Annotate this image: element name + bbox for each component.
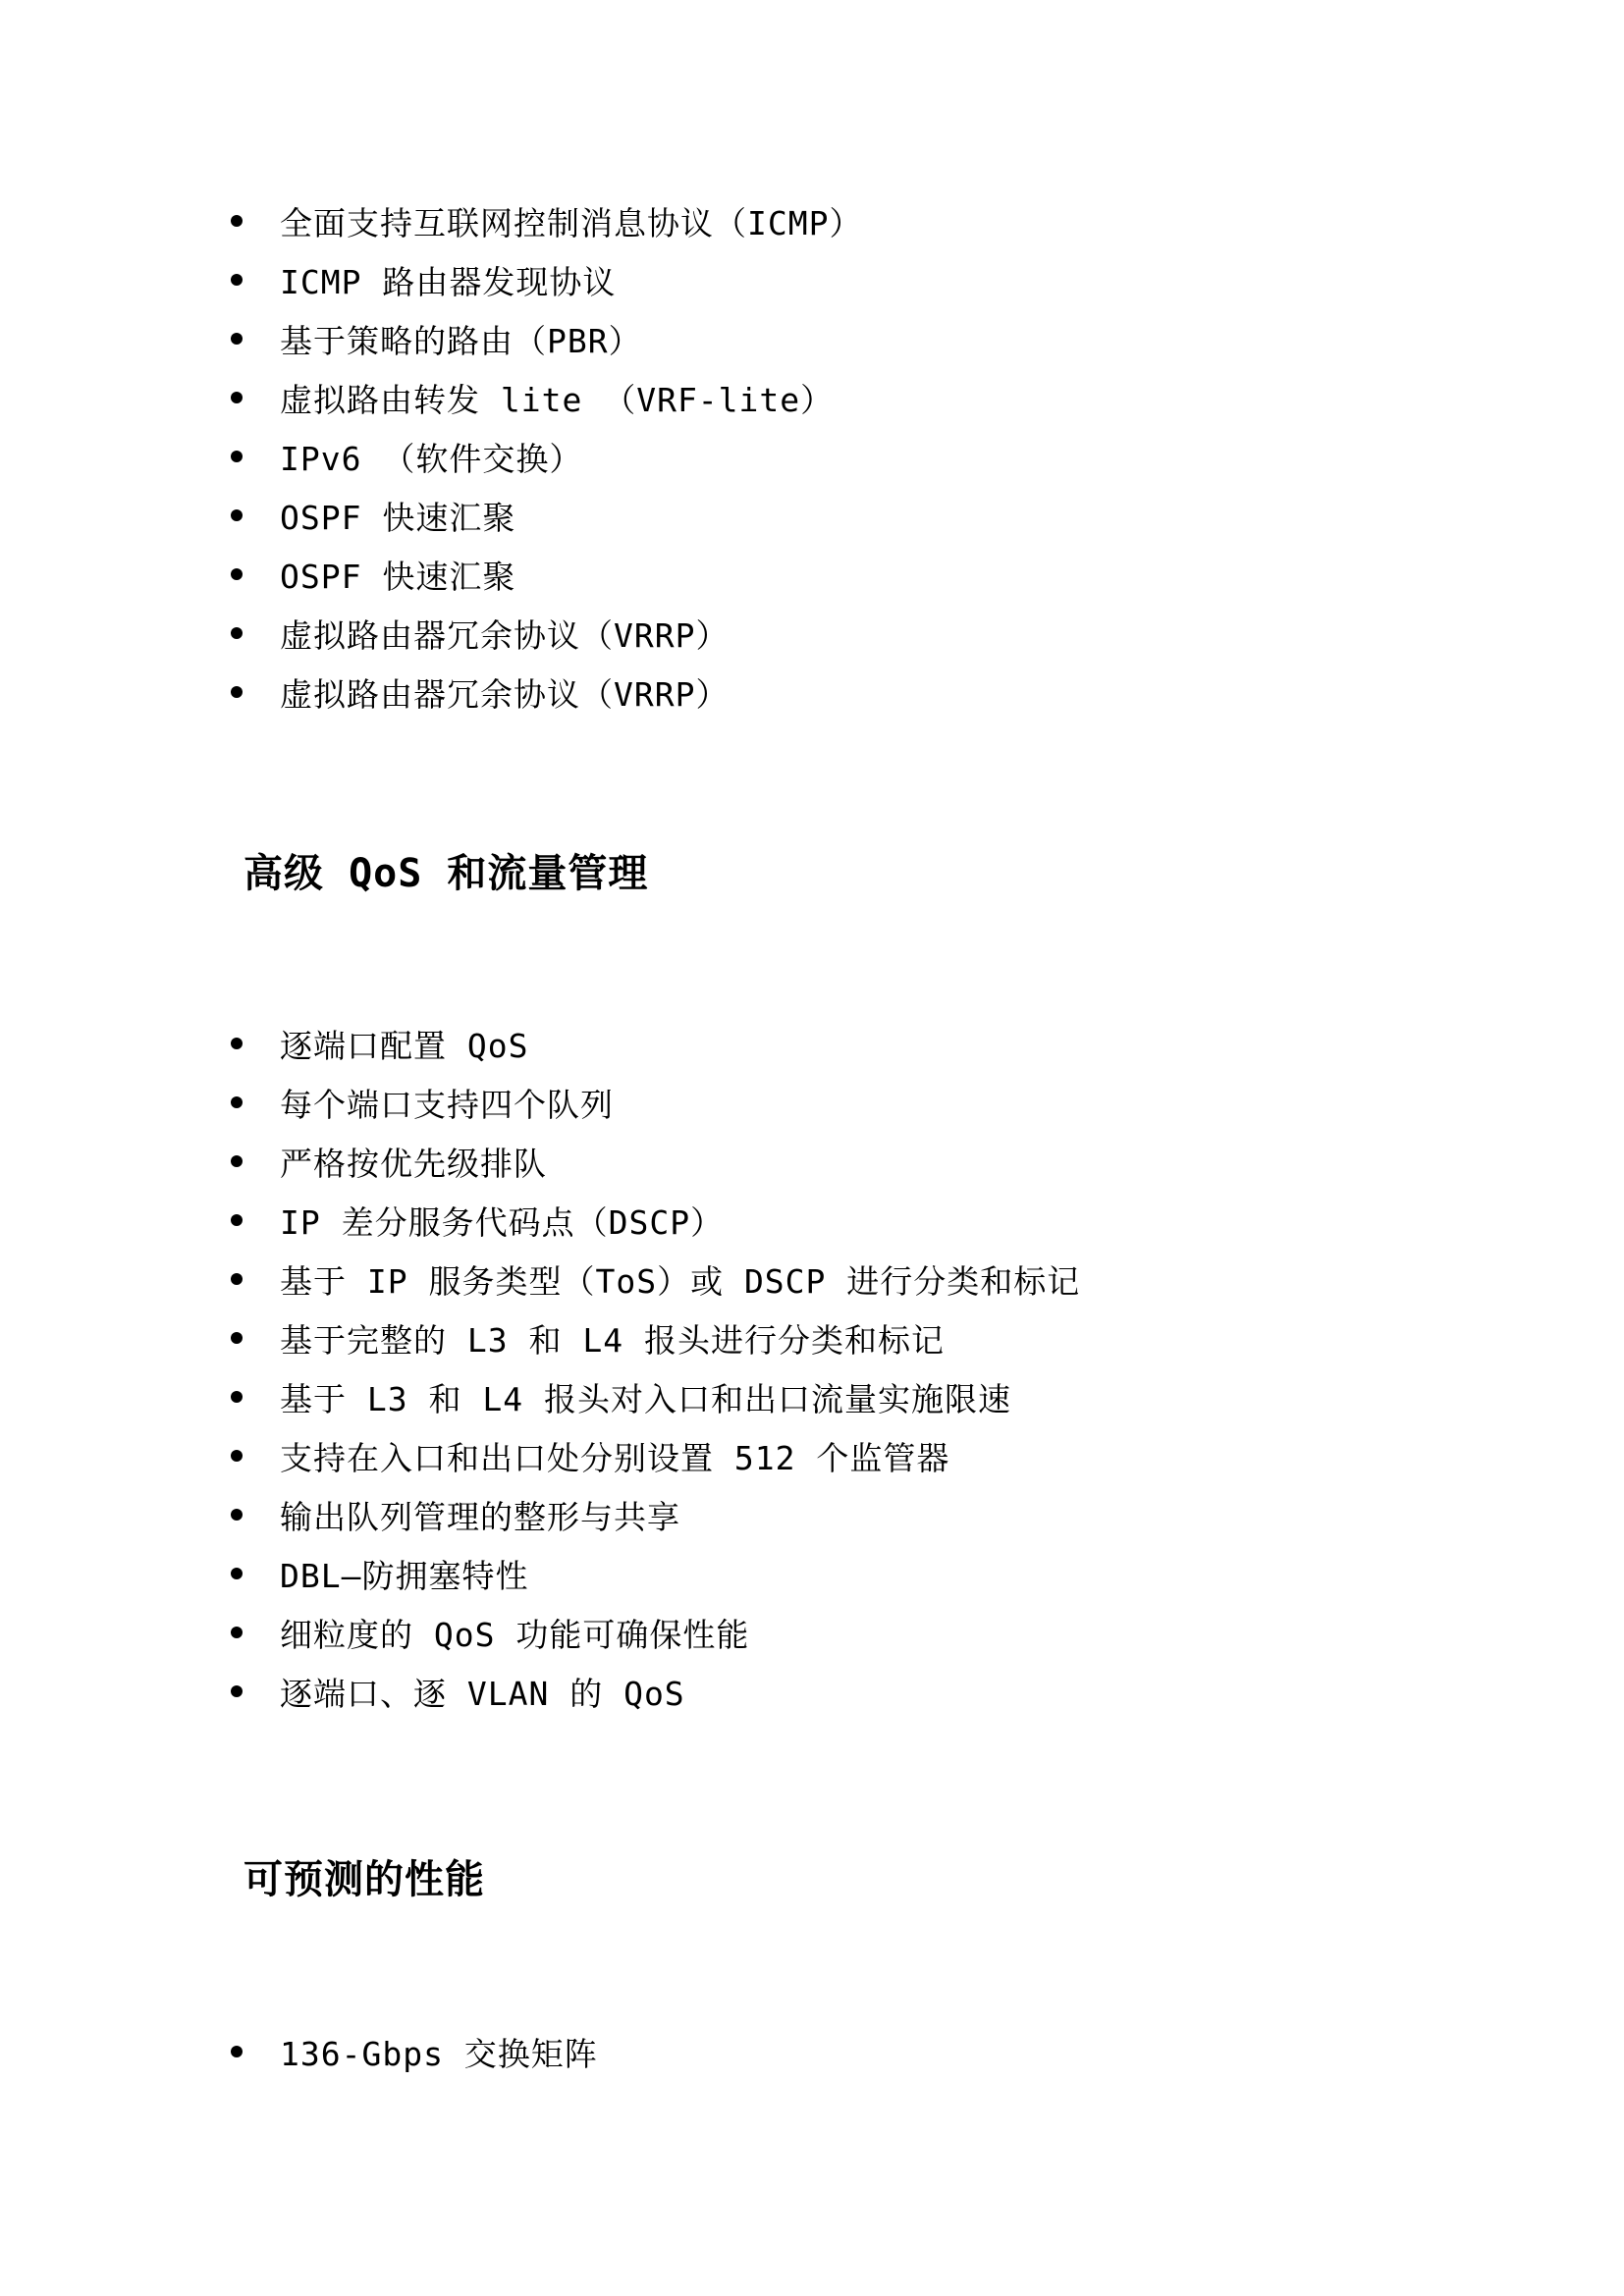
- list-item-text: 每个端口支持四个队列: [280, 1080, 614, 1126]
- list-item-text: 支持在入口和出口处分别设置 512 个监管器: [280, 1433, 949, 1479]
- bullet-icon: [231, 1568, 243, 1579]
- list-item: 细粒度的 QoS 功能可确保性能: [231, 1603, 1624, 1662]
- list-item: 虚拟路由器冗余协议（VRRP）: [231, 604, 1624, 663]
- bullet-icon: [231, 1627, 243, 1638]
- list-item-text: 细粒度的 QoS 功能可确保性能: [280, 1610, 749, 1656]
- bullet-icon: [231, 274, 243, 286]
- bullet-icon: [231, 1155, 243, 1167]
- bullet-icon: [231, 1332, 243, 1344]
- bullet-icon: [231, 1450, 243, 1462]
- bullet-list-routing: 全面支持互联网控制消息协议（ICMP）ICMP 路由器发现协议基于策略的路由（P…: [0, 191, 1624, 721]
- list-item: 基于 IP 服务类型（ToS）或 DSCP 进行分类和标记: [231, 1250, 1624, 1308]
- bullet-icon: [231, 333, 243, 345]
- bullet-list-qos: 逐端口配置 QoS每个端口支持四个队列严格按优先级排队IP 差分服务代码点（DS…: [0, 1014, 1624, 1721]
- section-predictable-performance: 可预测的性能 136-Gbps 交换矩阵: [0, 1856, 1624, 2081]
- bullet-icon: [231, 215, 243, 227]
- list-item: IPv6 （软件交换）: [231, 427, 1624, 486]
- list-item: 虚拟路由转发 lite （VRF-lite）: [231, 368, 1624, 427]
- list-item: ICMP 路由器发现协议: [231, 250, 1624, 309]
- list-item: 严格按优先级排队: [231, 1132, 1624, 1191]
- list-item-text: 虚拟路由器冗余协议（VRRP）: [280, 669, 729, 716]
- list-item-text: 输出队列管理的整形与共享: [280, 1492, 680, 1538]
- list-item-text: 136-Gbps 交换矩阵: [280, 2029, 598, 2075]
- list-item: 逐端口、逐 VLAN 的 QoS: [231, 1662, 1624, 1721]
- bullet-icon: [231, 627, 243, 639]
- list-item-text: 全面支持互联网控制消息协议（ICMP）: [280, 198, 862, 244]
- bullet-icon: [231, 1509, 243, 1521]
- list-item-text: 逐端口、逐 VLAN 的 QoS: [280, 1669, 685, 1715]
- list-item: DBL—防拥塞特性: [231, 1544, 1624, 1603]
- bullet-icon: [231, 1685, 243, 1697]
- list-item-text: DBL—防拥塞特性: [280, 1551, 528, 1597]
- list-item-text: ICMP 路由器发现协议: [280, 257, 616, 303]
- bullet-icon: [231, 686, 243, 698]
- document-page: 全面支持互联网控制消息协议（ICMP）ICMP 路由器发现协议基于策略的路由（P…: [0, 0, 1624, 2296]
- section-heading-performance: 可预测的性能: [0, 1856, 1624, 1903]
- list-item: 虚拟路由器冗余协议（VRRP）: [231, 663, 1624, 721]
- bullet-icon: [231, 1096, 243, 1108]
- list-item-text: 虚拟路由转发 lite （VRF-lite）: [280, 375, 834, 421]
- list-item: OSPF 快速汇聚: [231, 545, 1624, 604]
- list-item-text: OSPF 快速汇聚: [280, 552, 515, 598]
- list-item-text: 基于 IP 服务类型（ToS）或 DSCP 进行分类和标记: [280, 1256, 1080, 1303]
- list-item: IP 差分服务代码点（DSCP）: [231, 1191, 1624, 1250]
- list-item: 全面支持互联网控制消息协议（ICMP）: [231, 191, 1624, 250]
- list-item: 每个端口支持四个队列: [231, 1073, 1624, 1132]
- list-item: OSPF 快速汇聚: [231, 486, 1624, 545]
- section-heading-qos: 高级 QoS 和流量管理: [0, 850, 1624, 897]
- list-item: 输出队列管理的整形与共享: [231, 1485, 1624, 1544]
- bullet-icon: [231, 392, 243, 403]
- list-item-text: 严格按优先级排队: [280, 1139, 547, 1185]
- list-item: 136-Gbps 交换矩阵: [231, 2022, 1624, 2081]
- list-item-text: 基于 L3 和 L4 报头对入口和出口流量实施限速: [280, 1374, 1011, 1420]
- list-item-text: 虚拟路由器冗余协议（VRRP）: [280, 611, 729, 657]
- bullet-icon: [231, 451, 243, 462]
- list-item-text: 基于策略的路由（PBR）: [280, 316, 642, 362]
- list-item-text: IP 差分服务代码点（DSCP）: [280, 1198, 724, 1244]
- bullet-icon: [231, 1038, 243, 1049]
- list-item-text: 逐端口配置 QoS: [280, 1021, 528, 1067]
- bullet-icon: [231, 1214, 243, 1226]
- list-item-text: IPv6 （软件交换）: [280, 434, 582, 480]
- bullet-icon: [231, 1273, 243, 1285]
- list-item: 支持在入口和出口处分别设置 512 个监管器: [231, 1426, 1624, 1485]
- section-qos-traffic-management: 高级 QoS 和流量管理 逐端口配置 QoS每个端口支持四个队列严格按优先级排队…: [0, 850, 1624, 1721]
- bullet-icon: [231, 509, 243, 521]
- bullet-icon: [231, 2046, 243, 2057]
- section-routing-features: 全面支持互联网控制消息协议（ICMP）ICMP 路由器发现协议基于策略的路由（P…: [0, 191, 1624, 721]
- list-item: 逐端口配置 QoS: [231, 1014, 1624, 1073]
- bullet-list-performance: 136-Gbps 交换矩阵: [0, 2022, 1624, 2081]
- list-item: 基于策略的路由（PBR）: [231, 309, 1624, 368]
- list-item-text: OSPF 快速汇聚: [280, 493, 515, 539]
- bullet-icon: [231, 1391, 243, 1403]
- list-item: 基于完整的 L3 和 L4 报头进行分类和标记: [231, 1308, 1624, 1367]
- bullet-icon: [231, 568, 243, 580]
- list-item: 基于 L3 和 L4 报头对入口和出口流量实施限速: [231, 1367, 1624, 1426]
- list-item-text: 基于完整的 L3 和 L4 报头进行分类和标记: [280, 1315, 945, 1362]
